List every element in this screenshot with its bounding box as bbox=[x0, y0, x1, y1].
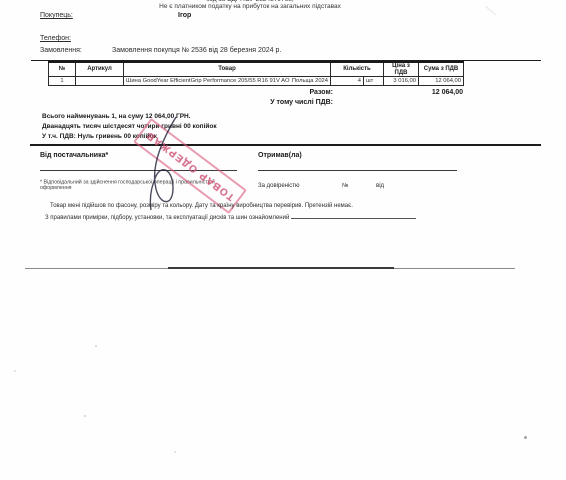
handwritten-signature bbox=[130, 115, 210, 215]
col-header-quantity: Кількість bbox=[331, 62, 384, 77]
invoice-document: код за ЄДРПОУ 2824379768, Не є платником… bbox=[0, 0, 566, 480]
cell-product: Шина GoodYear EfficientGrip Performance … bbox=[124, 77, 331, 86]
page-bottom-rule-dark bbox=[168, 267, 394, 269]
col-header-price: Ціна з ПДВ bbox=[384, 62, 419, 77]
proxy-number-label: № bbox=[342, 183, 348, 189]
order-value: Замовлення покупця № 2536 від 28 березня… bbox=[112, 47, 281, 54]
scan-speck bbox=[174, 451, 176, 453]
scan-speck bbox=[84, 415, 86, 417]
supplier-tax-status-line: Не є платником податку на прибуток на за… bbox=[0, 3, 500, 10]
no-claims-line: Товар мені підійшов по фасону, розміру т… bbox=[50, 203, 353, 209]
scan-speck bbox=[524, 436, 527, 439]
scan-speck bbox=[14, 370, 16, 372]
cell-article bbox=[76, 77, 124, 86]
receiver-signature-label: Отримав(ла) bbox=[258, 152, 302, 159]
col-header-article: Артикул bbox=[76, 62, 124, 77]
proxy-from-label: від bbox=[376, 183, 384, 189]
goods-table-header-row: № Артикул Товар Кількість Ціна з ПДВ Сум… bbox=[49, 62, 464, 77]
scan-speck bbox=[95, 345, 97, 347]
receiver-signature-line bbox=[258, 170, 457, 171]
col-header-product: Товар bbox=[124, 62, 331, 77]
supplier-signature-label: Від постачальника* bbox=[40, 152, 108, 159]
order-label: Замовлення: bbox=[40, 47, 82, 54]
cell-price: 3 016,00 bbox=[384, 77, 419, 86]
rules-acknowledged-text: З правилами примірки, підбору, установки… bbox=[45, 215, 289, 221]
cell-sum: 12 064,00 bbox=[419, 77, 464, 86]
col-header-number: № bbox=[49, 62, 76, 77]
cell-qty: 4 bbox=[331, 77, 364, 86]
goods-table: № Артикул Товар Кількість Ціна з ПДВ Сум… bbox=[48, 61, 464, 86]
rules-acknowledged-line: З правилами примірки, підбору, установки… bbox=[45, 213, 416, 221]
buyer-value: Ігор bbox=[178, 12, 191, 19]
acknowledgement-signature-line bbox=[291, 213, 416, 219]
col-header-sum: Сума з ПДВ bbox=[419, 62, 464, 77]
cell-number: 1 bbox=[49, 77, 76, 86]
section-separator-rule bbox=[30, 144, 541, 146]
product-name: Шина GoodYear EfficientGrip Performance … bbox=[126, 78, 290, 84]
phone-label: Телефон: bbox=[40, 35, 71, 42]
total-label: Разом: bbox=[309, 89, 333, 96]
product-origin: Польща 2024 bbox=[292, 78, 328, 84]
total-value: 12 064,00 bbox=[432, 89, 463, 96]
buyer-label: Покупець: bbox=[40, 12, 73, 19]
vat-total-label: У тому числі ПДВ: bbox=[270, 99, 333, 106]
table-row: 1 Шина GoodYear EfficientGrip Performanc… bbox=[49, 77, 464, 86]
proxy-label: За довіреністю bbox=[258, 183, 300, 189]
cell-unit: шт bbox=[364, 77, 384, 86]
